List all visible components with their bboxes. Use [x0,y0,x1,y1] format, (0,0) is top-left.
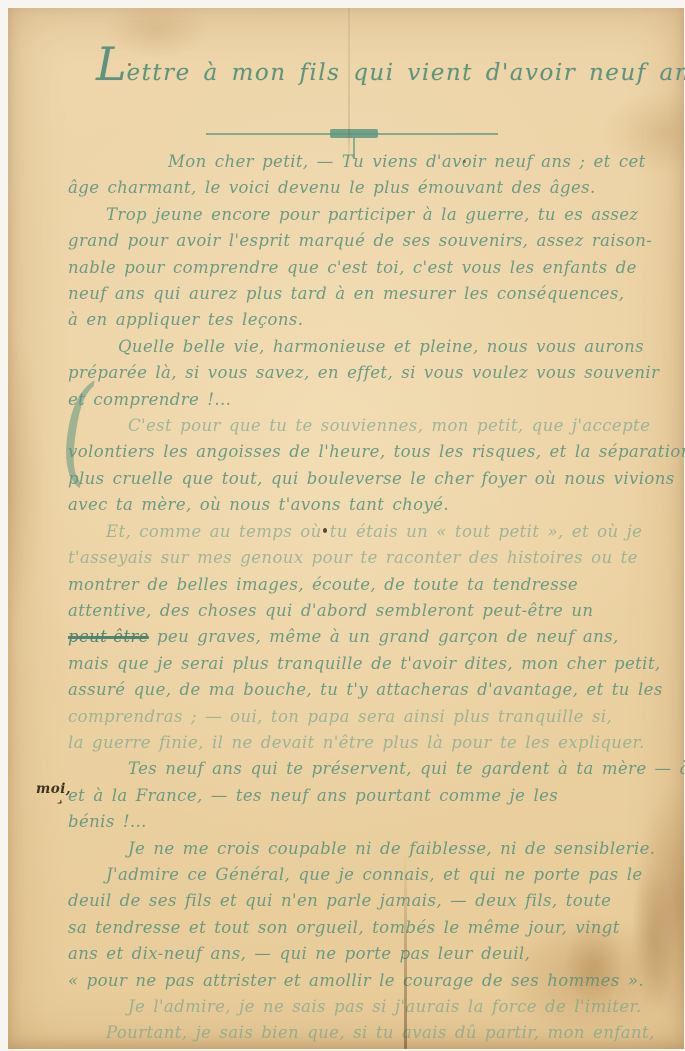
stain [564,919,624,1009]
letter-line-text: comprendras ; — oui, ton papa sera ainsi… [68,707,612,726]
letter-line: Mon cher petit, — Tu viens d'avoir neuf … [68,149,662,175]
letter-line: J'admire ce Général, que je connais, et … [68,862,662,888]
letter-line: t'asseyais sur mes genoux pour te racont… [68,545,662,571]
letter-line-text: C'est pour que tu te souviennes, mon pet… [128,416,650,435]
letter-line: Et, comme au temps où tu étais un « tout… [68,519,662,545]
fold-crease-vertical [404,853,407,1049]
photo-of-letter: { "document": { "type": "handwritten-let… [0,0,685,1051]
letter-line-text: à en appliquer tes leçons. [68,310,303,329]
fold-crease-top [348,8,350,168]
letter-line-text: deuil de ses fils et qui n'en parle jama… [68,891,611,910]
letter-line: Tes neuf ans qui te préservent, qui te g… [68,756,662,782]
margin-note: moi, › [36,781,71,797]
letter-line: mais que je serai plus tranquille de t'a… [68,651,662,677]
letter-line: la guerre finie, il ne devait n'être plu… [68,730,662,756]
letter-line-text: sa tendresse et tout son orgueil, tombés… [68,918,620,937]
letter-line-text: et comprendre !... [68,390,231,409]
letter-paper: Lettre à mon fils qui vient d'avoir neuf… [8,8,684,1049]
letter-line: nable pour comprendre que c'est toi, c'e… [68,255,662,281]
letter-line-text: Pourtant, je sais bien que, si tu avais … [106,1023,655,1042]
letter-line: âge charmant, le voici devenu le plus ém… [68,175,662,201]
letter-line-text: Et, comme au temps où tu étais un « tout… [106,522,642,541]
letter-line-text: mais que je serai plus tranquille de t'a… [68,654,661,673]
letter-line-text: Je ne me crois coupable ni de faiblesse,… [128,839,655,858]
letter-line-text: peu graves, même à un grand garçon de ne… [157,627,619,646]
letter-line: peut-être peu graves, même à un grand ga… [68,624,662,650]
letter-line-text: âge charmant, le voici devenu le plus ém… [68,178,596,197]
letter-line: avec ta mère, où nous t'avons tant choyé… [68,492,662,518]
letter-line-text: J'admire ce Général, que je connais, et … [106,865,643,884]
letter-line-text: Mon cher petit, — Tu viens d'avoir neuf … [168,152,646,171]
letter-line: préparée là, si vous savez, en effet, si… [68,360,662,386]
letter-line: Pourtant, je sais bien que, si tu avais … [68,1020,662,1046]
letter-line-text: Trop jeune encore pour participer à la g… [106,205,639,224]
letter-line-text: t'asseyais sur mes genoux pour te racont… [68,548,638,567]
letter-line: bénis !... [68,809,662,835]
letter-line-text: plus cruelle que tout, qui bouleverse le… [68,469,675,488]
letter-line-text: Quelle belle vie, harmonieuse et pleine,… [118,337,644,356]
letter-line: neuf ans qui aurez plus tard à en mesure… [68,281,662,307]
ink-speck [128,63,131,66]
letter-line-text: et à la France, — tes neuf ans pourtant … [68,786,558,805]
letter-line-text: Tes neuf ans qui te préservent, qui te g… [128,759,685,778]
letter-line: volontiers les angoisses de l'heure, tou… [68,439,662,465]
letter-line: C'est pour que tu te souviennes, mon pet… [68,413,662,439]
letter-line: assuré que, de ma bouche, tu t'y attache… [68,677,662,703]
letter-line: montrer de belles images, écoute, de tou… [68,572,662,598]
letter-line-text: ans et dix-neuf ans, — qui ne porte pas … [68,944,530,963]
letter-line-text: avec ta mère, où nous t'avons tant choyé… [68,495,449,514]
ink-speck [463,160,466,163]
letter-line: Je l'admire, je ne sais pas si j'aurais … [68,994,662,1020]
letter-line: et comprendre !... [68,387,662,413]
letter-title: Lettre à mon fils qui vient d'avoir neuf… [96,54,654,86]
letter-line: plus cruelle que tout, qui bouleverse le… [68,466,662,492]
letter-body: Mon cher petit, — Tu viens d'avoir neuf … [68,149,662,1047]
letter-line: Je ne me crois coupable ni de faiblesse,… [68,836,662,862]
divider-center-bar [330,129,378,138]
letter-line-text: assuré que, de ma bouche, tu t'y attache… [68,680,663,699]
letter-line-text: préparée là, si vous savez, en effet, si… [68,363,659,382]
margin-note-text: moi, [36,781,71,797]
letter-line: Trop jeune encore pour participer à la g… [68,202,662,228]
letter-line-text: Je l'admire, je ne sais pas si j'aurais … [128,997,642,1016]
letter-line: Quelle belle vie, harmonieuse et pleine,… [68,334,662,360]
letter-line-text: la guerre finie, il ne devait n'être plu… [68,733,645,752]
letter-line-text: attentive, des choses qui d'abord semble… [68,601,593,620]
letter-line-text: grand pour avoir l'esprit marqué de ses … [68,231,652,250]
letter-line: comprendras ; — oui, ton papa sera ainsi… [68,704,662,730]
letter-line-text: neuf ans qui aurez plus tard à en mesure… [68,284,624,303]
letter-line-text: montrer de belles images, écoute, de tou… [68,575,578,594]
letter-line: à en appliquer tes leçons. [68,307,662,333]
letter-line-text: « pour ne pas attrister et amollir le co… [68,971,644,990]
letter-line: et à la France, — tes neuf ans pourtant … [68,783,662,809]
stain [631,863,676,1013]
letter-line: attentive, des choses qui d'abord semble… [68,598,662,624]
letter-line-text: nable pour comprendre que c'est toi, c'e… [68,258,637,277]
letter-line: deuil de ses fils et qui n'en parle jama… [68,888,662,914]
ink-speck [323,528,327,533]
letter-line-text: volontiers les angoisses de l'heure, tou… [68,442,685,461]
letter-line: grand pour avoir l'esprit marqué de ses … [68,228,662,254]
crossed-out-word: peut-être [68,627,149,646]
letter-line-text: bénis !... [68,812,147,831]
